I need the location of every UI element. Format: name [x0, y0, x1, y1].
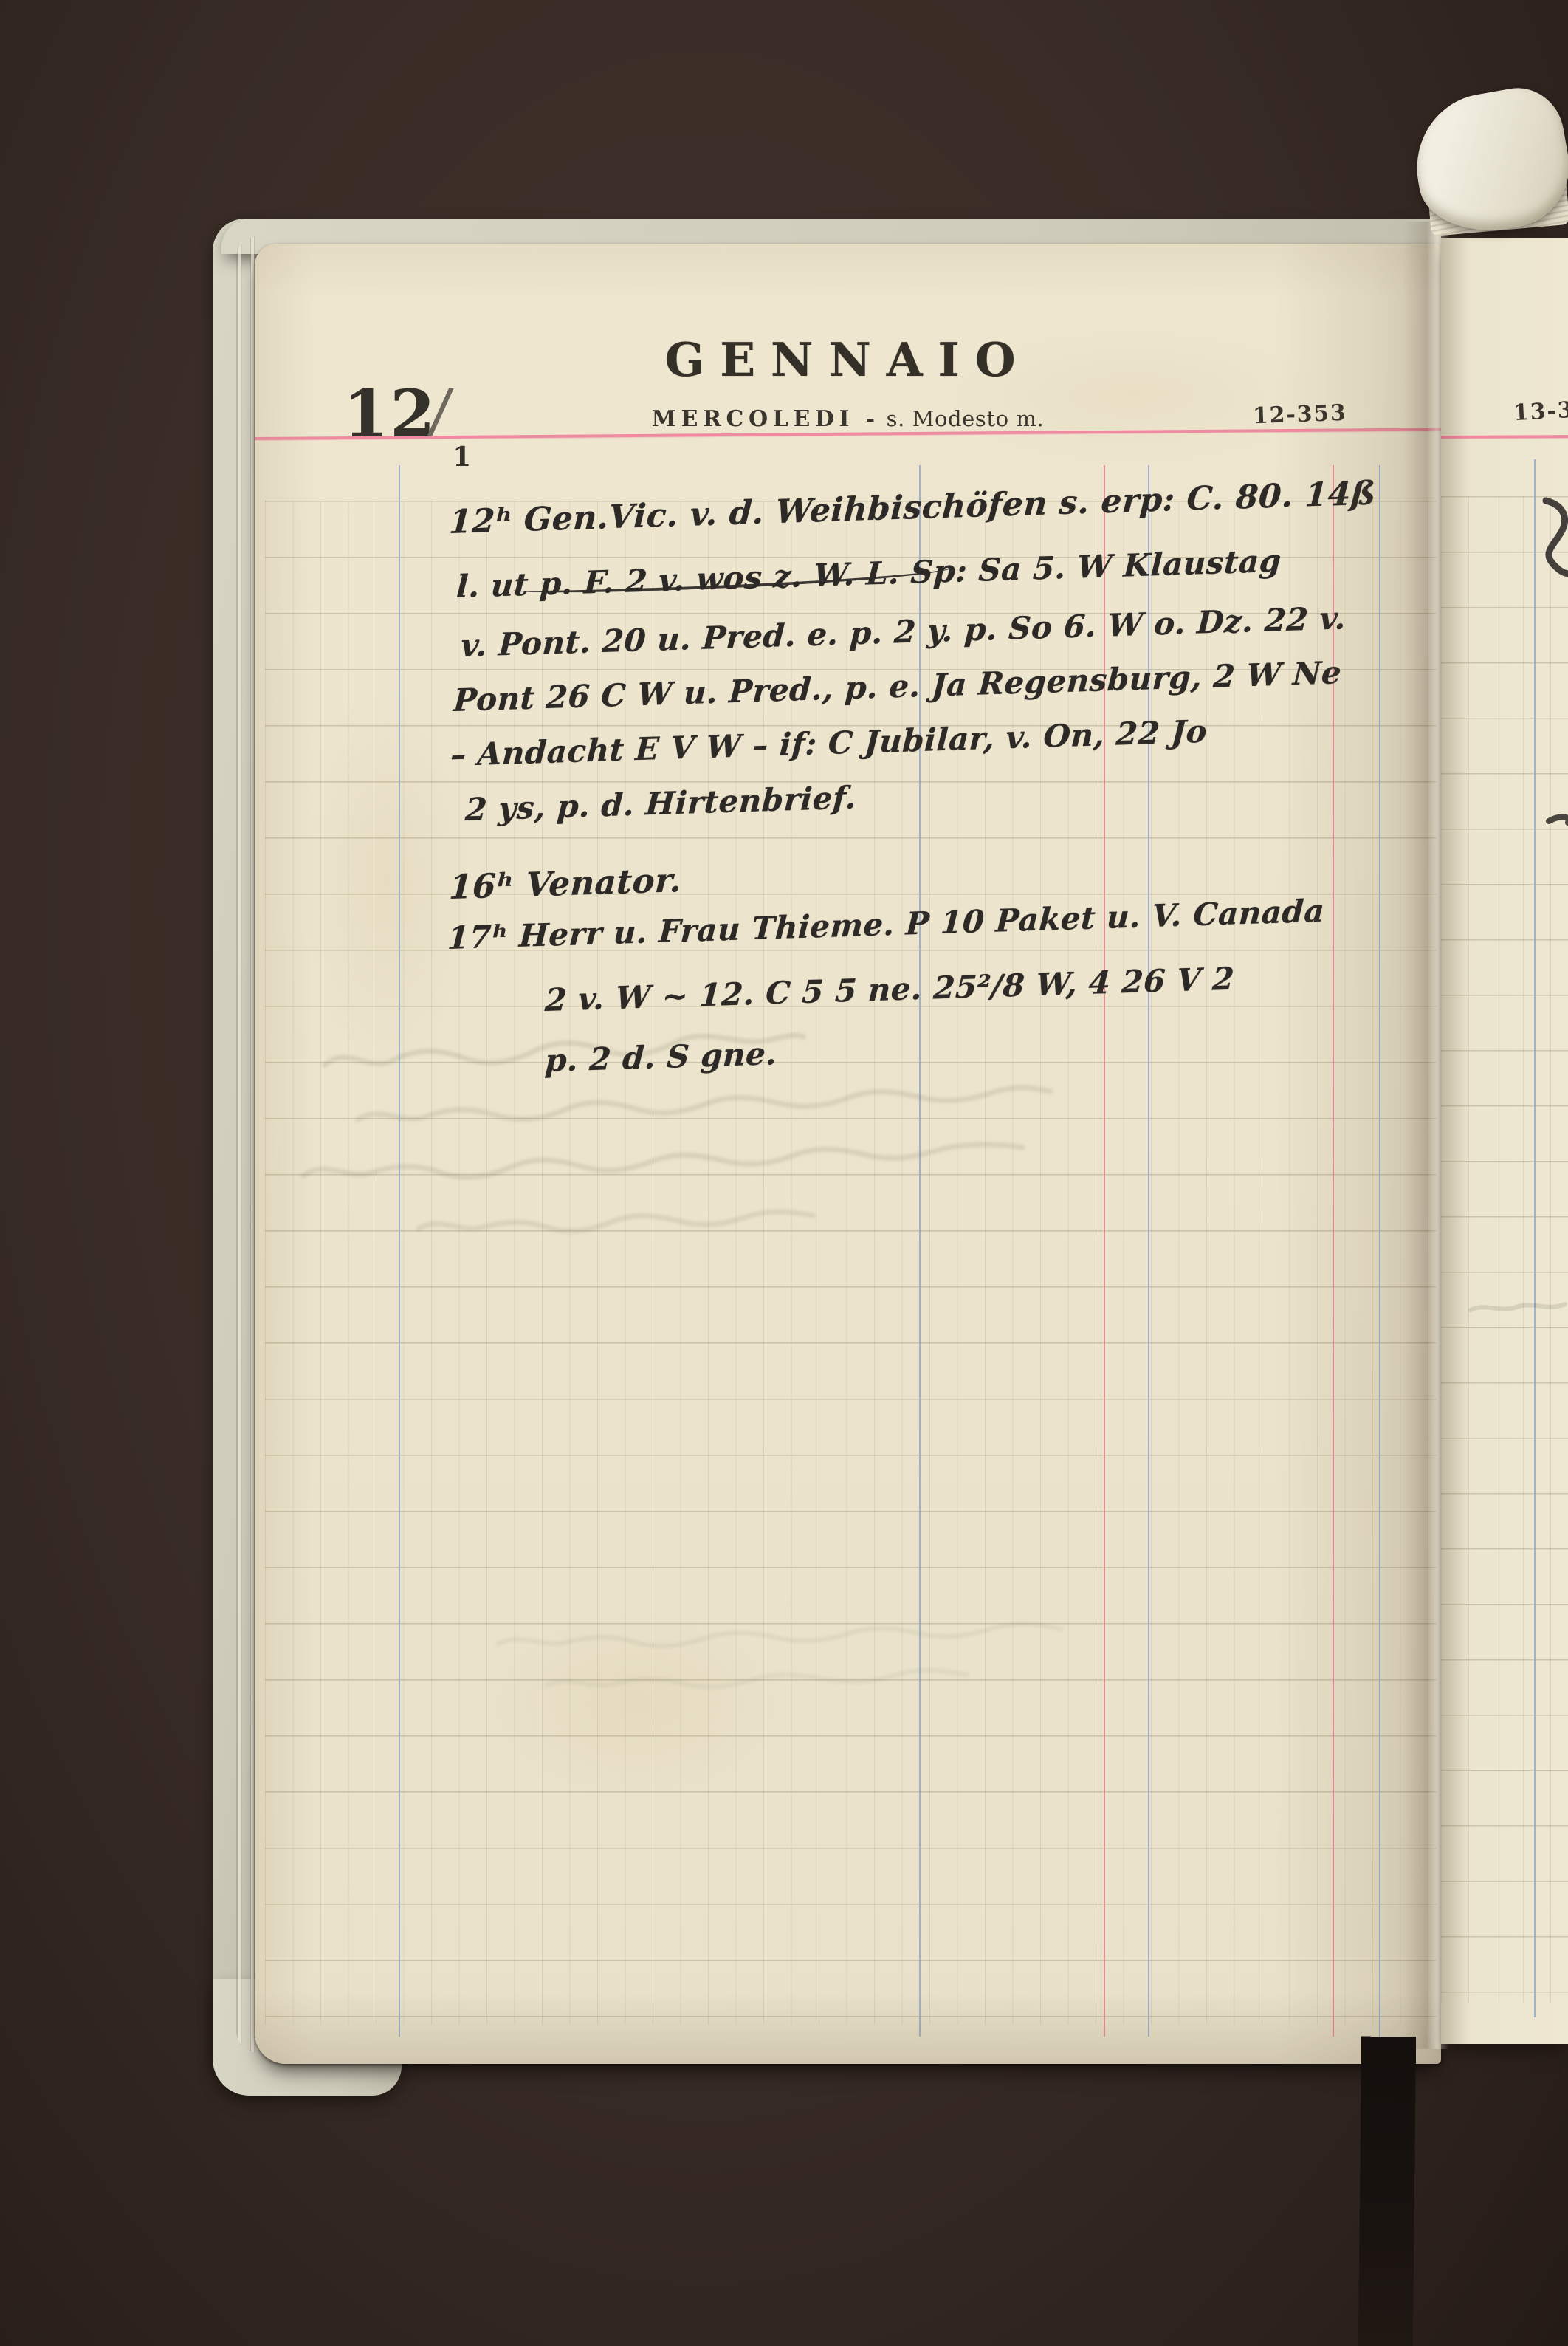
column-rule-blue-1: [399, 465, 400, 2037]
paper-stain: [476, 1602, 794, 1802]
saint-of-day: s. Modesto m.: [887, 406, 1045, 431]
column-rule-blue-4: [1379, 465, 1380, 2037]
diary-page-left: 12/1 GENNAIO MERCOLEDI - s. Modesto m. 1…: [255, 244, 1441, 2064]
handwriting-line: Pont 26 C W u. Pred., p. e. Ja Regensbur…: [453, 654, 1343, 718]
page-code: 12-353: [1252, 400, 1347, 429]
handwriting-line: 16ʰ Venator.: [448, 860, 683, 907]
handwriting-line: – Andacht E V W – if: C Jubilar, v. On, …: [450, 713, 1208, 773]
weekday-separator: -: [862, 406, 879, 432]
column-rule-red-2: [1333, 465, 1334, 2037]
handwriting-line: v. Pont. 20 u. Pred. e. p. 2 y. p. So 6.…: [460, 600, 1347, 664]
handwriting-line: 2 ys, p. d. Hirtenbrief.: [464, 779, 858, 828]
column-rule-red-1: [1104, 465, 1105, 2037]
handwriting-line: p. 2 d. S gne.: [544, 1035, 778, 1079]
photo-open-diary: 12/1 GENNAIO MERCOLEDI - s. Modesto m. 1…: [0, 0, 1568, 2346]
book-gutter-shadow: [1358, 2037, 1416, 2346]
weekday-name: MERCOLEDI: [652, 406, 854, 432]
column-rule-blue-3: [1148, 465, 1149, 2037]
handwriting-fragments-right: [1441, 238, 1568, 2044]
diary-page-right-sliver: 13-3: [1441, 238, 1568, 2044]
month-title: GENNAIO: [255, 332, 1441, 387]
handwriting-line: l. ut p. F. 2 v. wos z. W. L. Sp: Sa 5. …: [455, 543, 1282, 605]
handwriting-line: 2 v. W ~ 12. C 5 5 ne. 25²/8 W, 4 26 V 2: [544, 961, 1235, 1018]
handwriting-line: 12ʰ Gen.Vic. v. d. Weihbischöfen s. erp:…: [448, 474, 1377, 541]
day-fraction: 1: [453, 442, 471, 473]
